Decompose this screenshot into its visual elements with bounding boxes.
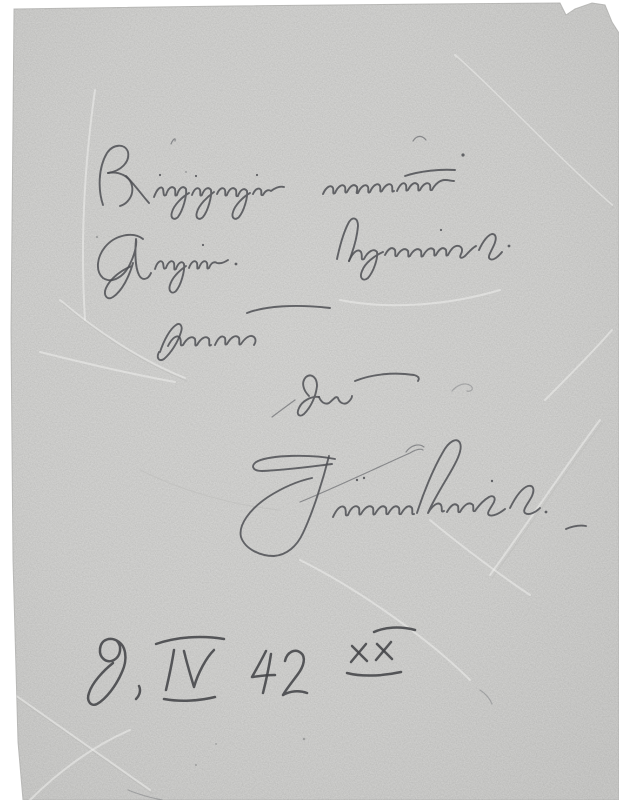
note-scan-svg — [0, 0, 619, 800]
paper-grain-light — [0, 0, 619, 800]
paper-sheet — [0, 0, 619, 800]
scanned-note: Rinijuju ničanti Augui. Vageuli. solutō … — [0, 0, 619, 800]
